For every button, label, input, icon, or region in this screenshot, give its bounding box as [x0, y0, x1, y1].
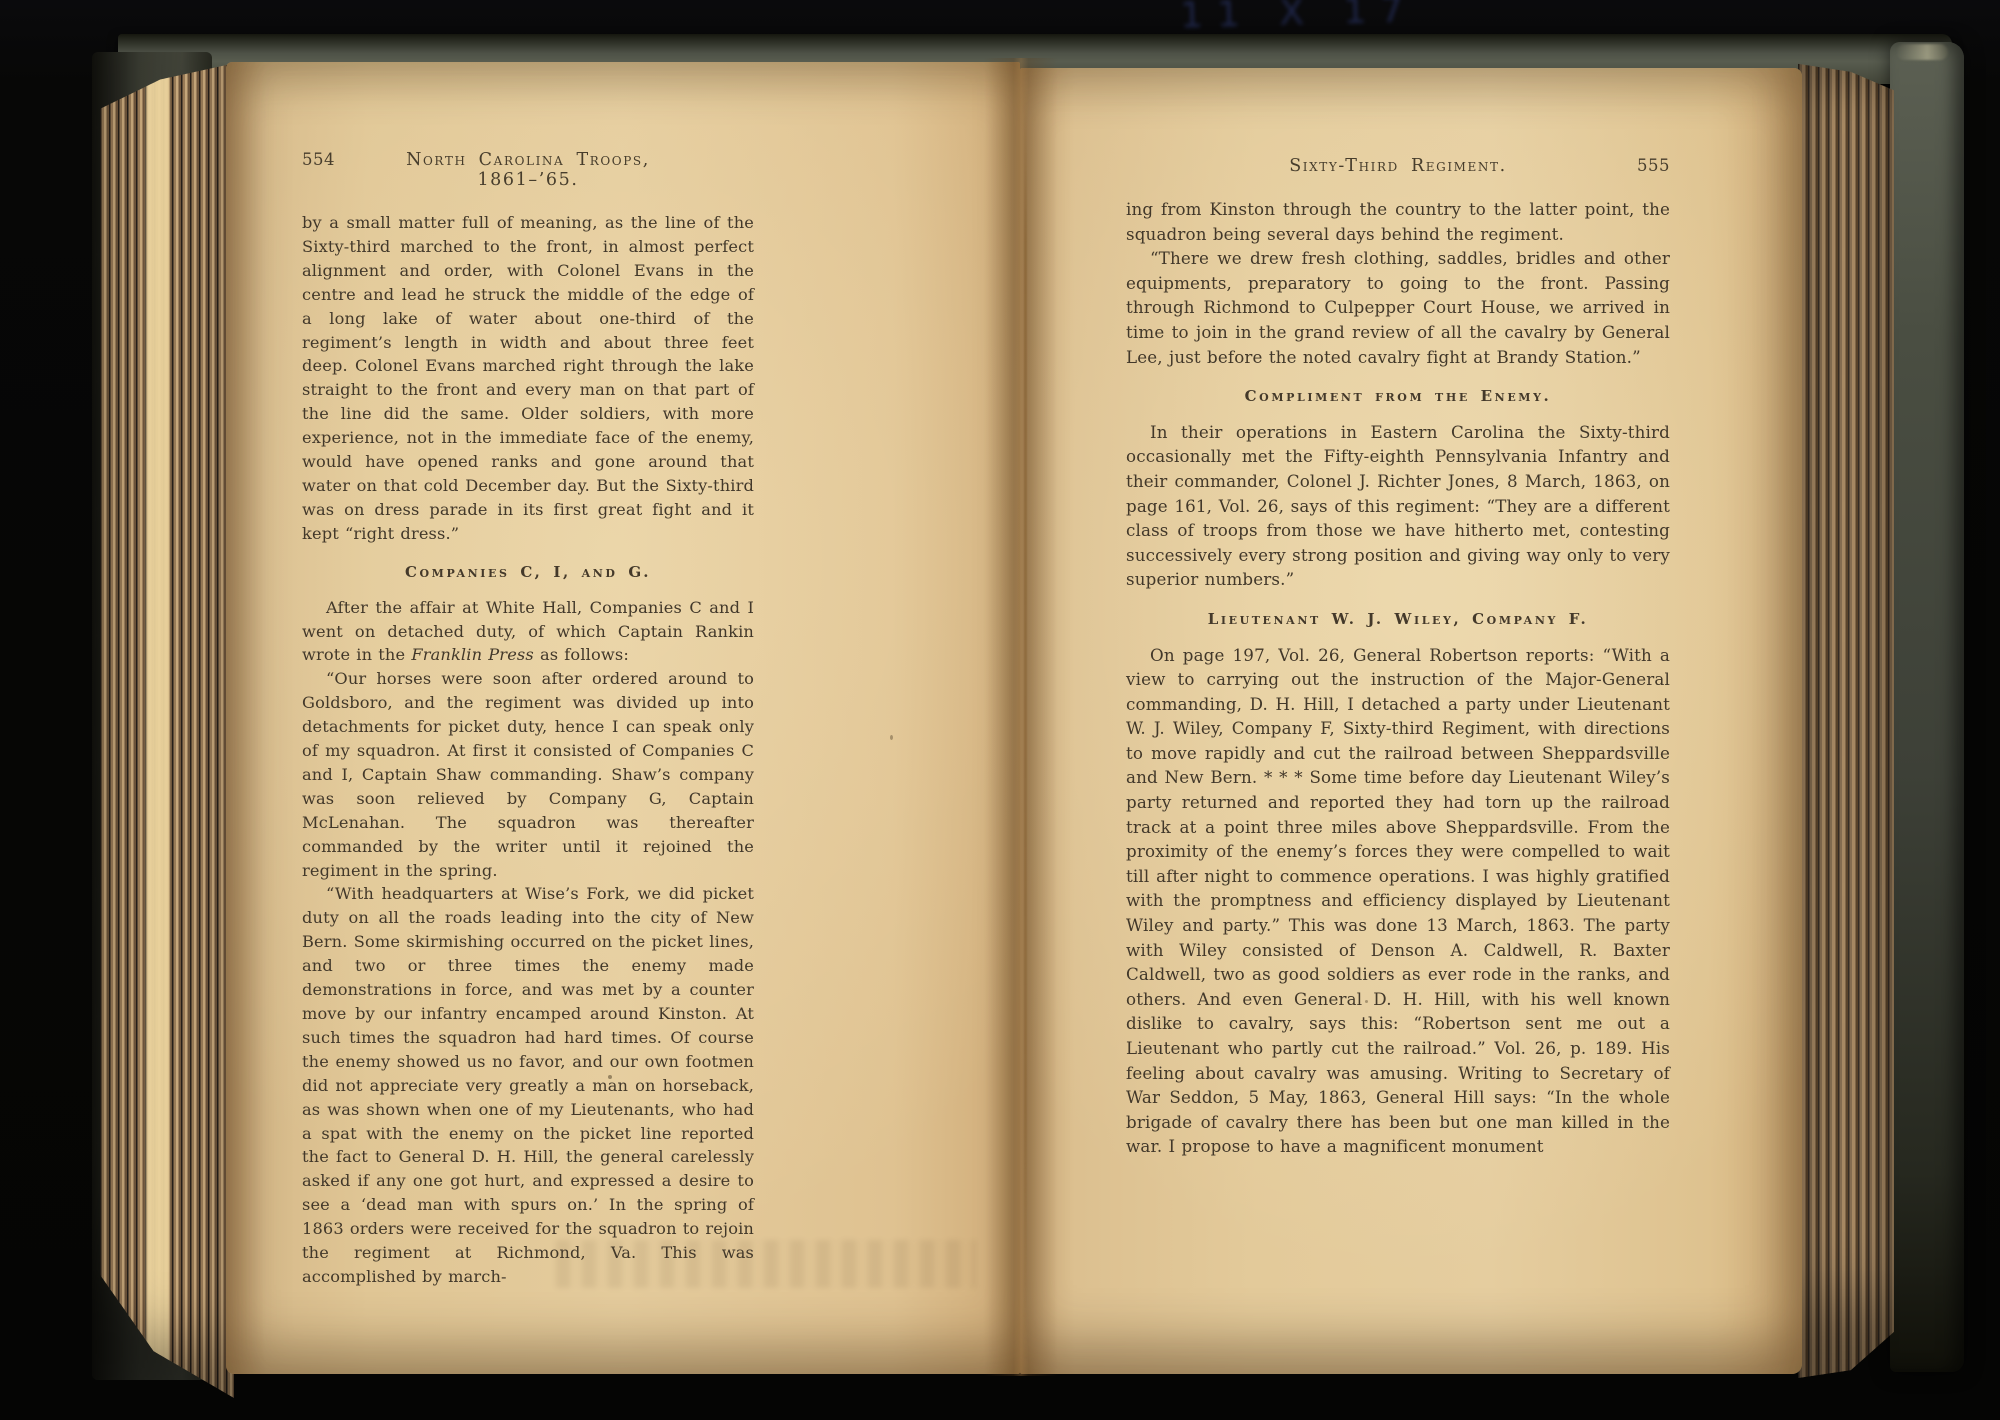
paragraph: In their operations in Eastern Carolina … [1126, 420, 1670, 592]
section-heading: Lieutenant W. J. Wiley, Company F. [1126, 607, 1670, 632]
right-running-head-title: Sixty-Third Regiment. [1196, 156, 1600, 176]
left-running-head: 554 North Carolina Troops, 1861–’65. [302, 150, 754, 190]
faint-chalk-marks: 11 X 17 [1180, 0, 1601, 36]
book-cover-right [1890, 42, 1964, 1372]
left-running-head-title: North Carolina Troops, 1861–’65. [372, 150, 684, 190]
section-heading: Compliment from the Enemy. [1126, 384, 1670, 409]
left-page-edge-stack [100, 58, 234, 1398]
right-page-number: 555 [1600, 156, 1670, 175]
left-page-number: 554 [302, 150, 372, 169]
right-page-text-column: Sixty-Third Regiment. 555 ing from Kinst… [1126, 156, 1670, 1159]
cover-corner-highlight [1896, 44, 1948, 60]
paragraph: After the affair at White Hall, Companie… [302, 596, 754, 668]
paragraph: by a small matter full of meaning, as th… [302, 211, 754, 546]
photo-background: 11 X 17 554 North Carolina Troops, 1861–… [0, 0, 2000, 1420]
right-page-edge-stack [1798, 56, 1894, 1378]
right-running-head: Sixty-Third Regiment. 555 [1126, 156, 1670, 176]
left-page-text-column: 554 North Carolina Troops, 1861–’65. by … [302, 150, 754, 1289]
paragraph: “With headquarters at Wise’s Fork, we di… [302, 882, 754, 1288]
left-page-body: by a small matter full of meaning, as th… [302, 211, 754, 1289]
paragraph: On page 197, Vol. 26, General Robertson … [1126, 643, 1670, 1159]
right-page-body: ing from Kinston through the country to … [1126, 197, 1670, 1159]
paragraph: “Our horses were soon after ordered arou… [302, 667, 754, 882]
paragraph: ing from Kinston through the country to … [1126, 197, 1670, 246]
paragraph: “There we drew fresh clothing, saddles, … [1126, 246, 1670, 369]
section-heading: Companies C, I, and G. [302, 561, 754, 585]
